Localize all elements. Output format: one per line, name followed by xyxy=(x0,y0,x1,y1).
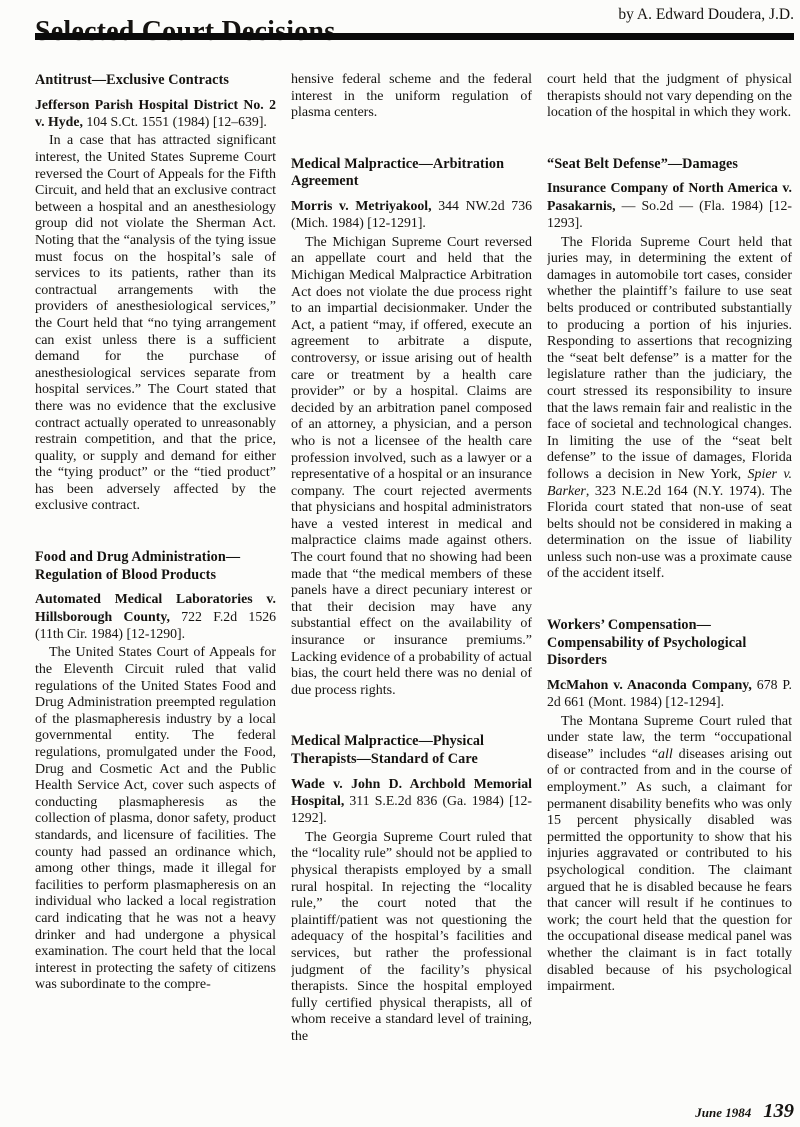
section-heading: “Seat Belt Defense”—Damages xyxy=(547,156,792,174)
journal-page: Selected Court Decisions by A. Edward Do… xyxy=(0,0,800,1127)
column-2: hensive federal scheme and the federal i… xyxy=(291,72,532,1118)
section-seat-belt-defense: “Seat Belt Defense”—Damages Insurance Co… xyxy=(547,156,792,583)
continued-paragraph: court held that the judgment of physical… xyxy=(547,72,792,122)
page-number: 139 xyxy=(763,1100,794,1122)
case-citation: Jefferson Parish Hospital District No. 2… xyxy=(35,96,276,131)
section-heading: Antitrust—Exclusive Contracts xyxy=(35,72,276,90)
section-heading: Medical Malpractice—Arbitration Agreemen… xyxy=(291,156,532,191)
body-paragraph: The Florida Supreme Court held that juri… xyxy=(547,235,792,583)
masthead-rule xyxy=(35,33,794,40)
issue-date: June 1984 xyxy=(695,1105,751,1120)
citation-reference: 104 S.Ct. 1551 (1984) [12–639]. xyxy=(83,114,267,129)
section-fda-blood-products: Food and Drug Administration—Regulation … xyxy=(35,549,276,994)
body-paragraph: In a case that has attracted significant… xyxy=(35,133,276,515)
case-citation: Wade v. John D. Archbold Memorial Hospit… xyxy=(291,775,532,827)
body-paragraph: The United States Court of Appeals for t… xyxy=(35,645,276,993)
continued-paragraph: hensive federal scheme and the federal i… xyxy=(291,72,532,122)
page-title: Selected Court Decisions xyxy=(35,15,335,49)
section-malpractice-physical-therapists: Medical Malpractice—Physical Therapists—… xyxy=(291,733,532,1045)
body-paragraph: The Michigan Supreme Court reversed an a… xyxy=(291,235,532,700)
column-3: court held that the judgment of physical… xyxy=(547,72,792,1118)
case-citation: Insurance Company of North America v. Pa… xyxy=(547,179,792,231)
section-malpractice-arbitration: Medical Malpractice—Arbitration Agreemen… xyxy=(291,156,532,700)
page-footer: June 1984139 xyxy=(695,1100,794,1123)
case-name: Morris v. Metriyakool, xyxy=(291,198,432,213)
case-citation: Morris v. Metriyakool, 344 NW.2d 736 (Mi… xyxy=(291,197,532,232)
section-antitrust-exclusive-contracts: Antitrust—Exclusive Contracts Jefferson … xyxy=(35,72,276,515)
body-paragraph: The Georgia Supreme Court ruled that the… xyxy=(291,830,532,1046)
author-byline: by A. Edward Doudera, J.D. xyxy=(618,5,794,25)
section-workers-compensation: Workers’ Compensation—Compensability of … xyxy=(547,617,792,996)
column-1: Antitrust—Exclusive Contracts Jefferson … xyxy=(35,72,276,1118)
case-citation: Automated Medical Laboratories v. Hillsb… xyxy=(35,590,276,642)
section-heading: Food and Drug Administration—Regulation … xyxy=(35,549,276,584)
section-heading: Medical Malpractice—Physical Therapists—… xyxy=(291,733,532,768)
body-paragraph: The Montana Supreme Court ruled that und… xyxy=(547,714,792,996)
case-citation: McMahon v. Anaconda Company, 678 P. 2d 6… xyxy=(547,676,792,711)
case-name: McMahon v. Anaconda Company, xyxy=(547,677,752,692)
section-heading: Workers’ Compensation—Compensability of … xyxy=(547,617,792,670)
